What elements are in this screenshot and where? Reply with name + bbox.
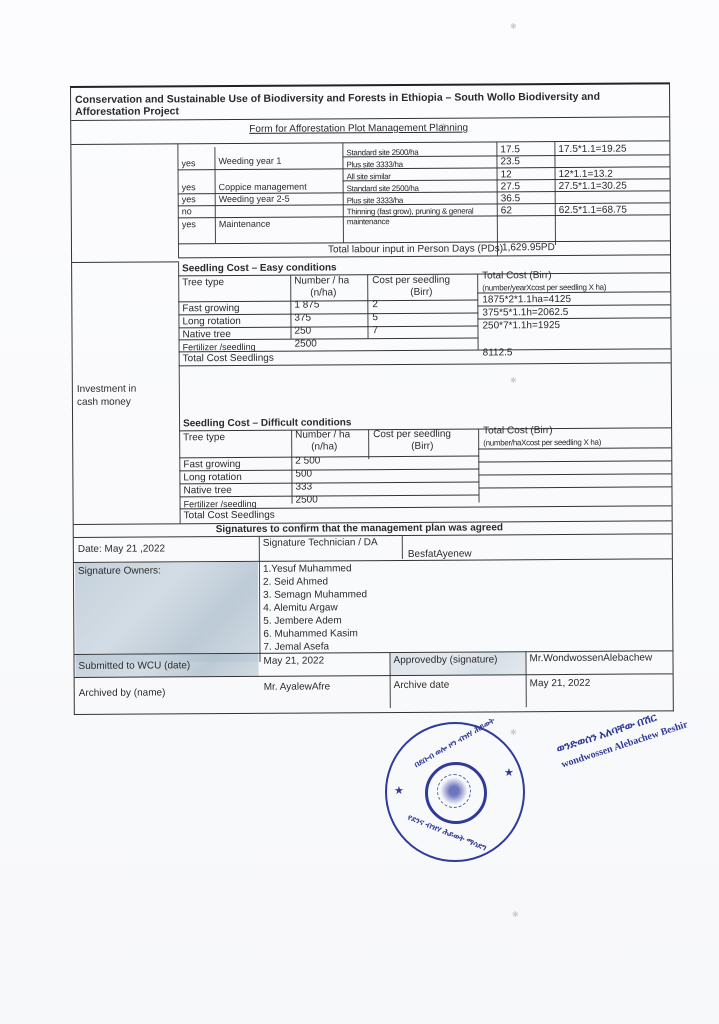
agreement-date: Date: May 21 ,2022 <box>78 543 165 556</box>
submitted-label: Submitted to WCU (date) <box>79 660 191 673</box>
labour-pd: 62 <box>501 205 512 217</box>
easy-number: 2500 <box>295 338 317 350</box>
labour-flag: yes <box>182 193 196 205</box>
labour-flag: yes <box>182 181 196 193</box>
col-total: Total Cost (Birr) <box>483 425 553 437</box>
col-cost: Cost per seedling <box>373 429 451 441</box>
labour-pd: 27.5 <box>501 181 521 193</box>
labour-site: Standard site 2500/ha <box>347 183 419 195</box>
owner-name: 2. Seid Ahmed <box>263 576 328 588</box>
labour-activity: Maintenance <box>219 218 271 230</box>
col-number-unit: (n/ha) <box>311 441 337 453</box>
labour-calc: 27.5*1.1=30.25 <box>559 181 627 193</box>
approved-by: Mr.WondwossenAlebachew <box>529 652 652 665</box>
submitted-date: May 21, 2022 <box>263 655 324 667</box>
labour-pd: 17.5 <box>500 144 520 156</box>
labour-site: All site similar <box>347 171 391 183</box>
easy-number: 250 <box>294 326 311 338</box>
archived-label: Archived by (name) <box>79 687 166 700</box>
investment-label: Investment in <box>77 384 137 396</box>
official-seal: ★ ★ በደቡብ ወሎ ዞን ብዝሃ ሕይወት የደንና ብዝሃ ሕይወት ማሳ… <box>385 722 525 862</box>
labour-calc: 12*1.1=13.2 <box>559 169 613 181</box>
owners-label: Signature Owners: <box>78 565 161 578</box>
labour-flag: yes <box>182 218 196 230</box>
star-icon: ★ <box>504 766 514 779</box>
col-cost-unit: (Birr) <box>410 287 432 299</box>
col-tree-type: Tree type <box>183 432 225 444</box>
difficult-number: 2500 <box>296 494 318 506</box>
easy-number: 375 <box>294 313 311 325</box>
labour-total-label: Total labour input in Person Days (PDs) <box>328 243 503 256</box>
owner-name: 5. Jembere Adem <box>263 615 341 627</box>
labour-activity: Weeding year 1 <box>218 155 281 167</box>
archive-date: May 21, 2022 <box>530 678 591 690</box>
owner-name: 3. Semagn Muhammed <box>263 589 367 602</box>
easy-total-label: Total Cost Seedlings <box>183 353 274 366</box>
labour-calc: 17.5*1.1=19.25 <box>558 144 626 156</box>
labour-pd: 36.5 <box>501 193 521 205</box>
labour-table: yes Weeding year 1 Standard site 2500/ha… <box>71 84 669 88</box>
technician-label: Signature Technician / DA <box>263 537 378 550</box>
emblem-icon <box>437 774 471 808</box>
owner-name: 4. Alemitu Argaw <box>263 602 338 614</box>
easy-cost: 7 <box>372 325 378 337</box>
investment-label: cash money <box>77 397 131 409</box>
easy-seedling-table: Seedling Cost – Easy conditions Tree typ… <box>71 84 669 88</box>
easy-heading: Seedling Cost – Easy conditions <box>182 262 337 275</box>
easy-number: 1 875 <box>294 299 319 311</box>
labour-activity: Weeding year 2-5 <box>219 193 290 205</box>
col-cost: Cost per seedling <box>372 275 450 287</box>
scanned-page: ✱ ✱ ✱ ✱ ✱ Conservation and Sustainable U… <box>0 0 719 1024</box>
archived-by: Mr. AyalewAfre <box>264 681 331 693</box>
form-frame: Conservation and Sustainable Use of Biod… <box>70 82 674 715</box>
col-number: Number / ha <box>295 429 350 441</box>
labour-pd: 12 <box>501 169 512 181</box>
form-title: Form for Afforestation Plot Management P… <box>249 123 468 136</box>
project-title-line1: Conservation and Sustainable Use of Biod… <box>75 91 600 106</box>
difficult-total-label: Total Cost Seedlings <box>184 510 275 523</box>
labour-flag: no <box>182 205 192 217</box>
col-tree-type: Tree type <box>182 277 224 289</box>
difficult-heading: Seedling Cost – Difficult conditions <box>183 417 351 430</box>
labour-site: Standard site 2500/ha <box>346 147 418 159</box>
col-total: Total Cost (Birr) <box>482 270 552 282</box>
easy-cost: 5 <box>372 312 378 324</box>
difficult-seedling-table: Seedling Cost – Difficult conditions Tre… <box>71 84 669 88</box>
owner-name: 6. Muhammed Kasim <box>263 628 358 641</box>
labour-calc: 62.5*1.1=68.75 <box>559 205 627 217</box>
labour-flag: yes <box>181 157 195 169</box>
labour-site: Thinning (fast grow), pruning & general … <box>347 206 495 227</box>
labour-site: Plus site 3333/ha <box>346 159 402 171</box>
col-number: Number / ha <box>294 275 349 287</box>
approved-label: Approvedby (signature) <box>393 654 497 667</box>
scan-speck: ✱ <box>510 22 517 31</box>
labour-site: Plus site 3333/ha <box>347 195 403 207</box>
owner-name: 1.Yesuf Muhammed <box>263 563 352 576</box>
scan-speck: ✱ <box>510 728 517 737</box>
easy-total: 250*7*1.1h=1925 <box>482 320 560 332</box>
labour-pd: 23.5 <box>500 156 520 168</box>
difficult-number: 2 500 <box>295 455 320 467</box>
scan-speck: ✱ <box>512 910 519 919</box>
owners-list: 1.Yesuf Muhammed 2. Seid Ahmed 3. Semagn… <box>71 84 669 88</box>
easy-total-value: 8112.5 <box>483 347 513 359</box>
col-number-unit: (n/ha) <box>310 287 336 299</box>
signatures-section: Signatures to confirm that the managemen… <box>71 84 669 88</box>
archive-date-label: Archive date <box>394 680 450 692</box>
labour-total-value: 1,629.95PD <box>502 242 555 254</box>
labour-activity: Coppice management <box>219 181 307 194</box>
difficult-number: 333 <box>295 482 312 494</box>
easy-cost: 2 <box>372 299 378 311</box>
difficult-number: 500 <box>295 469 312 481</box>
project-title-line2: Afforestation Project <box>75 105 179 118</box>
col-cost-unit: (Birr) <box>411 441 433 453</box>
star-icon: ★ <box>394 784 404 797</box>
